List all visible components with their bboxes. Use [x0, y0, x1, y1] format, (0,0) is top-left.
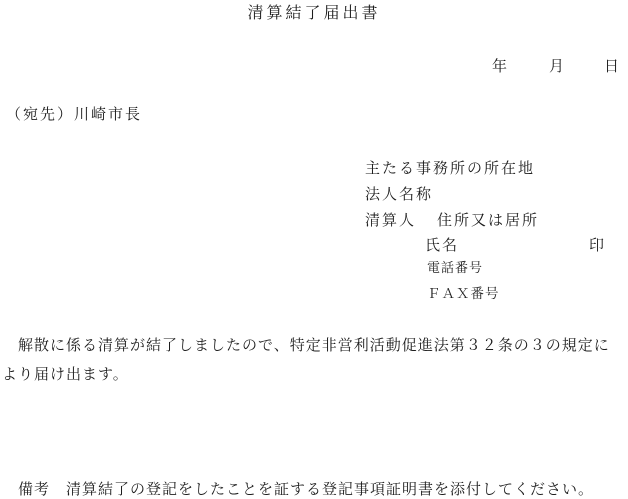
date-year-label: 年: [492, 57, 509, 75]
date-month-label: 月: [549, 57, 566, 75]
body-paragraph-line-1: 解散に係る清算が結了しましたので、特定非営利活動促進法第３２条の３の規定に: [2, 331, 626, 360]
note-line: 備考 清算結了の登記をしたことを証する登記事項証明書を添付してください。: [2, 480, 594, 498]
name-label: 氏名: [425, 236, 459, 254]
phone-label: 電話番号: [427, 261, 483, 277]
seal-placeholder: 印: [589, 236, 606, 254]
liquidator-label: 清算人: [365, 211, 416, 229]
date-day-label: 日: [604, 57, 621, 75]
fax-label: ＦＡＸ番号: [427, 286, 500, 302]
liquidation-completion-form: 清算結了届出書 年 月 日 （宛先）川崎市長 主たる事務所の所在地 法人名称 清…: [0, 0, 628, 499]
office-address-label: 主たる事務所の所在地: [365, 159, 535, 177]
body-paragraph: 解散に係る清算が結了しましたので、特定非営利活動促進法第３２条の３の規定に より…: [2, 331, 626, 389]
body-paragraph-line-2: より届け出ます。: [2, 360, 626, 389]
residence-label: 住所又は居所: [437, 211, 539, 229]
corporation-name-label: 法人名称: [365, 185, 433, 203]
addressee-line: （宛先）川崎市長: [6, 105, 142, 123]
page-title: 清算結了届出書: [0, 3, 628, 22]
